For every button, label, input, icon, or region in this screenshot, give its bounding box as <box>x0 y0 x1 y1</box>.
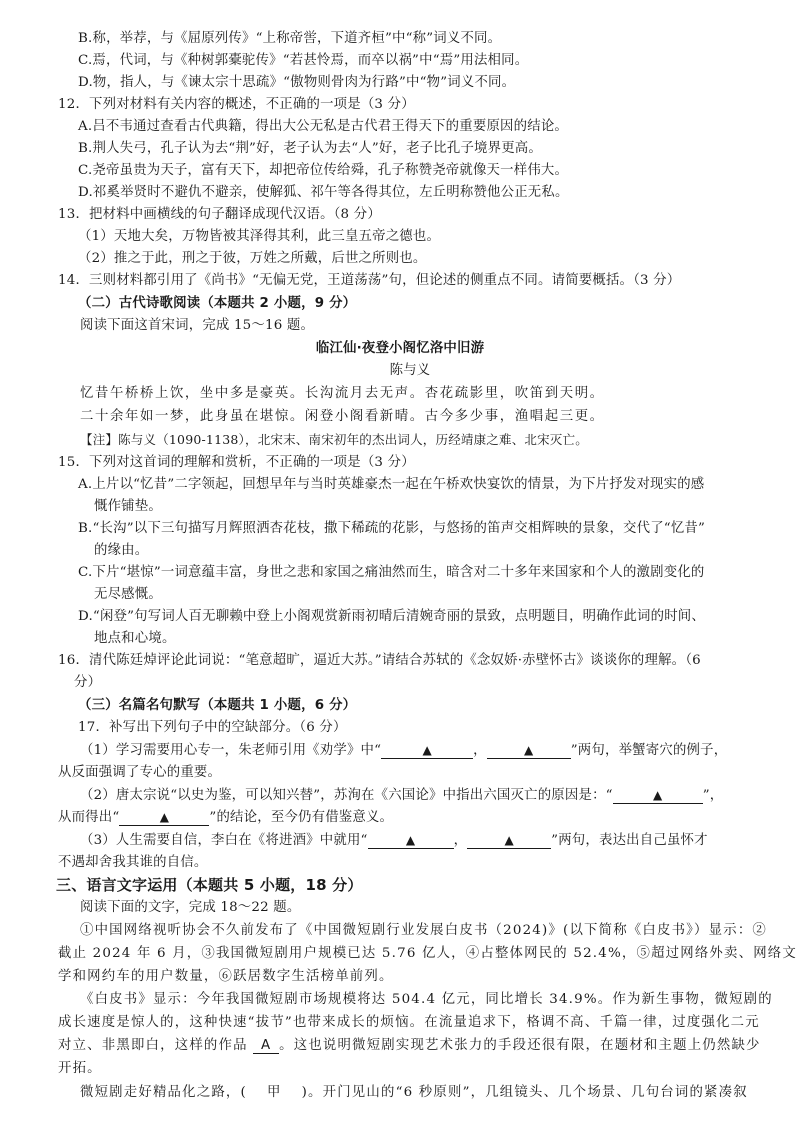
q13-sentence-2: （2）推之于此，刑之于彼，万姓之所戴，后世之所则也。 <box>78 250 426 268</box>
passage-para2-line4: 开拓。 <box>58 1060 102 1078</box>
passage-blank-a[interactable]: A <box>253 1038 279 1054</box>
q17-blank-5[interactable]: ▲ <box>368 833 454 849</box>
poem-author: 陈与义 <box>0 362 800 380</box>
q17-part2-line2: 从而得出“▲”的结论，至今仍有借鉴意义。 <box>58 809 393 827</box>
q12-option-c: C.尧帝虽贵为天子，富有天下，却把帝位传给舜，孔子称赞尧帝就像天一样伟大。 <box>78 162 568 180</box>
passage-para3-line1: 微短剧走好精品化之路，( 甲 )。开门见山的“6 秒原则”，几组镜头、几个场景、… <box>80 1084 748 1102</box>
q11-option-d: D.物，指人，与《谏太宗十思疏》“傲物则骨肉为行路”中“物”词义不同。 <box>78 74 515 92</box>
blank-triangle-icon: ▲ <box>504 833 513 847</box>
passage-para1-line3: 学和网约车的用户数量，⑥跃居数字生活榜单前列。 <box>58 968 394 986</box>
q17-blank-4[interactable]: ▲ <box>119 810 209 826</box>
q17-part2-text-c: 从而得出“ <box>58 810 119 825</box>
q17-blank-6[interactable]: ▲ <box>467 833 551 849</box>
q17-part3-text-b: ”两句，表达出自己虽怀才 <box>551 833 708 848</box>
q15-option-a-line1: A.上片以“忆昔”二字领起，回想早年与当时英雄豪杰一起在午桥欢快宴饮的情景，为下… <box>78 476 704 494</box>
q15-option-c-line1: C.下片“堪惊”一词意蕴丰富，身世之悲和家国之痛油然而生，暗含对二十多年来国家和… <box>78 564 705 582</box>
passage-para1-line2: 截止 2024 年 6 月，③我国微短剧用户规模已达 5.76 亿人，④占整体网… <box>58 945 797 963</box>
q13-stem: 13．把材料中画横线的句子翻译成现代汉语。（8 分） <box>58 206 381 224</box>
q14-stem: 14．三则材料都引用了《尚书》“无偏无党，王道荡荡”句，但论述的侧重点不同。请简… <box>58 272 680 290</box>
q15-option-b-line2: 的缘由。 <box>94 542 148 560</box>
part-3-heading: 三、语言文字运用（本题共 5 小题，18 分） <box>56 876 363 894</box>
exam-page: B.称，举荐，与《屈原列传》“上称帝喾，下道齐桓”中“称”词义不同。 C.焉，代… <box>0 0 800 1131</box>
q15-option-a-line2: 慨作铺垫。 <box>94 498 162 516</box>
poem-title: 临江仙·夜登小阁忆洛中旧游 <box>0 340 800 358</box>
q17-part1-text-a: （1）学习需要用心专一，朱老师引用《劝学》中“ <box>80 743 381 758</box>
q17-part1-line1: （1）学习需要用心专一，朱老师引用《劝学》中“▲，▲”两句，举蟹寄穴的例子， <box>80 742 727 760</box>
q17-blank-2[interactable]: ▲ <box>487 743 571 759</box>
blank-triangle-icon: ▲ <box>406 833 415 847</box>
q12-option-a: A.吕不韦通过查看古代典籍，得出大公无私是古代君王得天下的重要原因的结论。 <box>78 118 568 136</box>
poem-line-2: 二十余年如一梦，此身虽在堪惊。闲登小阁看新晴。古今多少事，渔唱起三更。 <box>80 408 605 426</box>
section-2-intro: 阅读下面这首宋词，完成 15～16 题。 <box>80 317 314 335</box>
q17-blank-1[interactable]: ▲ <box>381 743 473 759</box>
q12-option-d: D.祁奚举贤时不避仇不避亲，使解狐、祁午等各得其位，左丘明称赞他公正无私。 <box>78 184 569 202</box>
passage-para2-line2: 成长速度是惊人的，这种快速“拔节”也带来成长的烦恼。在流量追求下，格调不高、千篇… <box>58 1014 760 1032</box>
passage-para2-line3: 对立、非黑即白，这样的作品 A。这也说明微短剧实现艺术张力的手段还很有限，在题材… <box>58 1037 761 1055</box>
q15-option-b-line1: B.“长沟”以下三句描写月辉照洒杏花枝，撒下稀疏的花影，与悠扬的笛声交相辉映的景… <box>78 520 705 538</box>
q15-stem: 15．下列对这首词的理解和赏析，不正确的一项是（3 分） <box>58 454 415 472</box>
blank-triangle-icon: ▲ <box>524 743 533 757</box>
blank-triangle-icon: ▲ <box>160 810 169 824</box>
part-3-intro: 阅读下面的文字，完成 18～22 题。 <box>80 899 300 917</box>
q17-part1-text-b: ”两句，举蟹寄穴的例子， <box>571 743 728 758</box>
q17-part3-text-a: （3）人生需要自信，李白在《将进酒》中就用“ <box>80 833 368 848</box>
passage-para2-line1: 《白皮书》显示：今年我国微短剧市场规模将达 504.4 亿元，同比增长 34.9… <box>80 991 773 1009</box>
blank-triangle-icon: ▲ <box>653 788 662 802</box>
section-3-heading: （三）名篇名句默写（本题共 1 小题，6 分） <box>78 697 356 715</box>
passage-para2-text-b: 。这也说明微短剧实现艺术张力的手段还很有限，在题材和主题上仍然缺少 <box>279 1038 761 1053</box>
q17-part2-text-a: （2）唐太宗说“以史为鉴，可以知兴替”，苏洵在《六国论》中指出六国灭亡的原因是：… <box>80 788 613 803</box>
poem-line-1: 忆昔午桥桥上饮，坐中多是豪英。长沟流月去无声。杏花疏影里，吹笛到天明。 <box>80 385 605 403</box>
q16-stem-line2: 分） <box>74 674 101 692</box>
q15-option-d-line1: D.“闲登”句写词人百无聊赖中登上小阁观赏新雨初晴后清婉奇丽的景致，点明题目，明… <box>78 608 705 626</box>
q15-option-c-line2: 无尽感慨。 <box>94 586 162 604</box>
q17-part3-separator: ， <box>454 833 468 848</box>
q11-option-c: C.焉，代词，与《种树郭橐驼传》“若甚怜焉，而卒以祸”中“焉”用法相同。 <box>78 52 528 70</box>
q11-option-b: B.称，举荐，与《屈原列传》“上称帝喾，下道齐桓”中“称”词义不同。 <box>78 30 501 48</box>
poem-note: 【注】陈与义（1090-1138），北宋末、南宋初年的杰出词人，历经靖康之难、北… <box>80 431 588 449</box>
section-2-heading: （二）古代诗歌阅读（本题共 2 小题，9 分） <box>78 295 356 313</box>
passage-para1-line1: ①中国网络视听协会不久前发布了《中国微短剧行业发展白皮书（2024)》(以下简称… <box>80 922 767 940</box>
q17-part2-text-b: ”， <box>703 788 724 803</box>
q15-option-d-line2: 地点和心境。 <box>94 630 176 648</box>
q17-part2-line1: （2）唐太宗说“以史为鉴，可以知兴替”，苏洵在《六国论》中指出六国灭亡的原因是：… <box>80 787 723 805</box>
q17-stem: 17．补写出下列句子中的空缺部分。（6 分） <box>78 719 347 737</box>
passage-para2-text-a: 对立、非黑即白，这样的作品 <box>58 1038 248 1053</box>
q16-stem-line1: 16．清代陈廷焯评论此词说：“笔意超旷，逼近大苏。”请结合苏轼的《念奴娇·赤壁怀… <box>58 652 701 670</box>
q12-option-b: B.荆人失弓，孔子认为去“荆”好，老子认为去“人”好，老子比孔子境界更高。 <box>78 140 542 158</box>
q17-part3-line2: 不遇却舍我其谁的自信。 <box>58 854 208 872</box>
q17-part1-line2: 从反面强调了专心的重要。 <box>58 764 221 782</box>
q17-part3-line1: （3）人生需要自信，李白在《将进酒》中就用“▲，▲”两句，表达出自己虽怀才 <box>80 832 708 850</box>
q12-stem: 12．下列对材料有关内容的概述，不正确的一项是（3 分） <box>58 96 415 114</box>
q17-part1-separator: ， <box>473 743 487 758</box>
q17-part2-text-d: ”的结论，至今仍有借鉴意义。 <box>209 810 393 825</box>
blank-triangle-icon: ▲ <box>422 743 431 757</box>
q13-sentence-1: （1）天地大矣，万物皆被其泽得其利，此三皇五帝之德也。 <box>78 228 440 246</box>
q17-blank-3[interactable]: ▲ <box>613 788 703 804</box>
